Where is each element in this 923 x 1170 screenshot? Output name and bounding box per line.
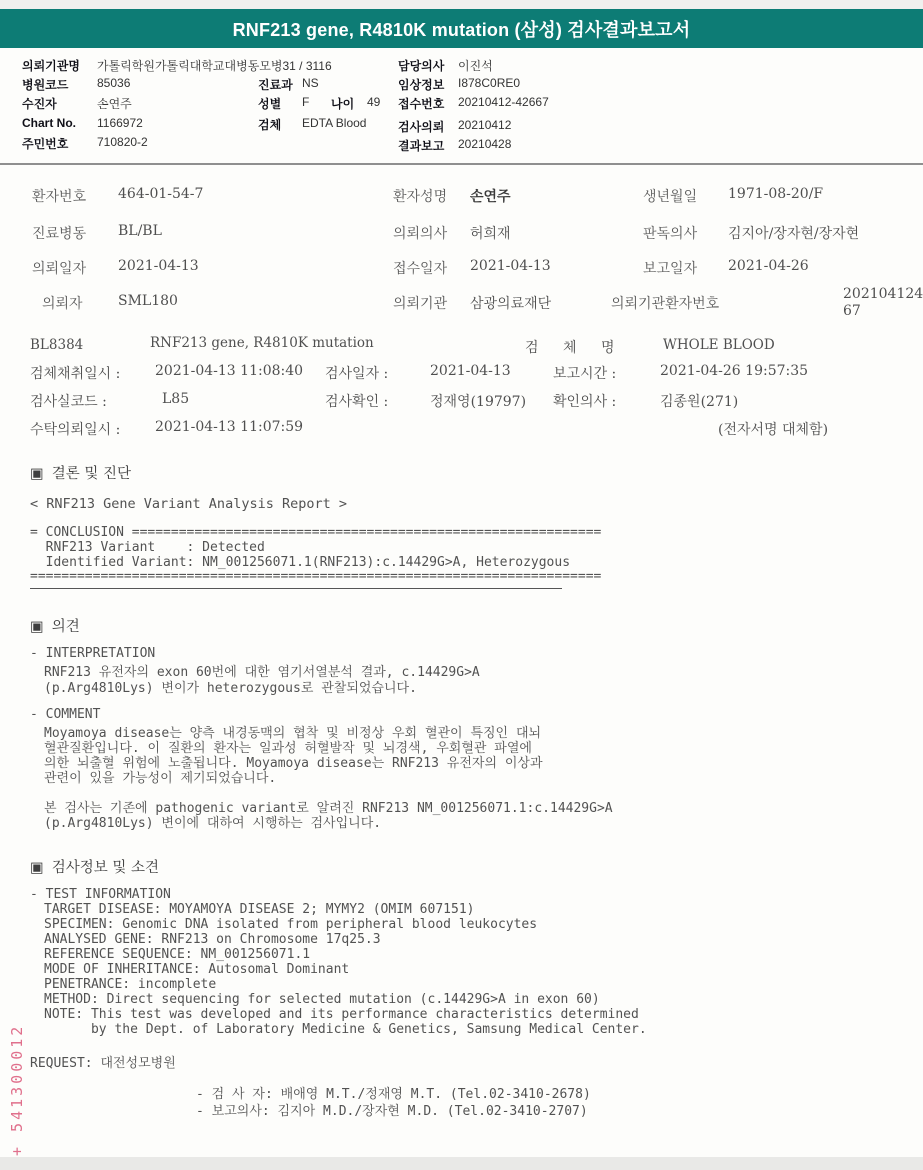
reading-doctor-value: 김지아/장자현/장자현 xyxy=(728,223,859,243)
test-code: BL8384 xyxy=(30,337,83,353)
lab-code-value: L85 xyxy=(162,391,189,407)
specimen-type-value: EDTA Blood xyxy=(302,116,366,130)
test-info-title-text: 검사정보 및 소견 xyxy=(52,860,159,876)
test-info-line: PENETRANCE: incomplete xyxy=(44,977,216,992)
esign-note: (전자서명 대체함) xyxy=(718,419,828,439)
conclusion-bottom-rule: ========================================… xyxy=(30,570,562,584)
hospital-code-value: 85036 xyxy=(97,76,130,90)
interpretation-title: - INTERPRETATION xyxy=(30,646,155,661)
org-patient-no-label: 의뢰기관환자번호 xyxy=(611,293,719,313)
hospital-code-label: 병원코드 xyxy=(22,76,68,93)
referring-doctor-label: 의뢰의사 xyxy=(393,223,447,243)
resident-no-value: 710820-2 xyxy=(97,135,148,149)
ward-label: 진료병동 xyxy=(32,223,86,243)
clinical-label: 임상정보 xyxy=(398,76,444,93)
report-time-label: 보고시간 : xyxy=(553,363,616,383)
resident-no-label: 주민번호 xyxy=(22,135,68,152)
request-info-section: 의뢰기관명 가톨릭학원가톨릭대학교대병동모병31 / 3116 담당의사 이진석… xyxy=(0,48,923,160)
request-org-label: 의뢰기관 xyxy=(393,293,447,313)
comment-line: (p.Arg4810Lys) 변이에 대하여 시행하는 검사입니다. xyxy=(44,812,381,831)
page-title: RNF213 gene, R4810K mutation (삼성) 검사결과보고… xyxy=(233,16,691,42)
receipt-no-value: 20210412-42667 xyxy=(458,95,549,109)
org-value: 가톨릭학원가톨릭대학교대병동모병31 / 3116 xyxy=(97,57,332,74)
test-date-value: 2021-04-13 xyxy=(430,363,511,379)
doctor-label: 담당의사 xyxy=(398,57,444,74)
receipt-date-label: 접수일자 xyxy=(393,258,447,278)
age-label: 나이 xyxy=(331,95,354,112)
clinical-value: I878C0RE0 xyxy=(458,76,520,90)
specimen-name-value: WHOLE BLOOD xyxy=(663,337,775,353)
org-patient-no-value: 2021041242667 xyxy=(843,286,923,320)
receipt-date-value: 2021-04-13 xyxy=(470,258,551,274)
header-separator xyxy=(0,163,923,165)
sex-value: F xyxy=(302,95,309,109)
conclusion-block: = CONCLUSION ===========================… xyxy=(30,526,562,589)
test-info-line: NOTE: This test was developed and its pe… xyxy=(44,1007,639,1022)
test-info-section-title: ▣검사정보 및 소견 xyxy=(30,856,159,877)
conclusion-title-text: 결론 및 진단 xyxy=(52,466,131,482)
verified-label: 검사확인 : xyxy=(325,391,388,411)
opinion-title-text: 의견 xyxy=(52,619,80,635)
referring-doctor-value: 허희재 xyxy=(470,223,511,243)
chart-no-label: Chart No. xyxy=(22,116,76,130)
requester-label: 의뢰자 xyxy=(42,293,83,313)
examinee-value: 손연주 xyxy=(97,95,132,112)
test-name: RNF213 gene, R4810K mutation xyxy=(150,335,374,351)
comment-title: - COMMENT xyxy=(30,707,100,722)
confirm-doctor-value: 김종원(271) xyxy=(660,391,738,411)
specimen-name-label: 검 체 명 xyxy=(525,337,624,357)
conclusion-variant-line: RNF213 Variant : Detected xyxy=(30,540,562,555)
report-date-label: 결과보고 xyxy=(398,137,444,154)
report-day-label: 보고일자 xyxy=(643,258,697,278)
report-day-value: 2021-04-26 xyxy=(728,258,809,274)
referral-time-value: 2021-04-13 11:07:59 xyxy=(155,419,303,435)
test-info-line: MODE OF INHERITANCE: Autosomal Dominant xyxy=(44,962,349,977)
age-value: 49 xyxy=(367,95,380,109)
doctor-value: 이진석 xyxy=(458,57,493,74)
patient-no-value: 464-01-54-7 xyxy=(118,186,203,202)
test-date-label: 검사일자 : xyxy=(325,363,388,383)
test-info-line: by the Dept. of Laboratory Medicine & Ge… xyxy=(44,1022,647,1037)
request-line: REQUEST: 대전성모병원 xyxy=(30,1052,176,1071)
section-marker-icon: ▣ xyxy=(30,860,44,876)
ward-value: BL/BL xyxy=(118,223,162,239)
requester-value: SML180 xyxy=(118,293,178,309)
conclusion-top-rule: = CONCLUSION ===========================… xyxy=(30,526,562,540)
bottom-bar xyxy=(0,1157,923,1170)
conclusion-section-title: ▣결론 및 진단 xyxy=(30,462,131,483)
top-strip xyxy=(0,0,923,9)
reporter-line: - 보고의사: 김지아 M.D./장자현 M.D. (Tel.02-3410-2… xyxy=(196,1100,588,1119)
confirm-doctor-label: 확인의사 : xyxy=(553,391,616,411)
sex-label: 성별 xyxy=(258,95,281,112)
verified-value: 정재영(19797) xyxy=(430,391,526,411)
request-date-label: 의뢰일자 xyxy=(32,258,86,278)
comment-line: 관련이 있을 가능성이 제기되었습니다. xyxy=(44,767,276,786)
birth-date-value: 1971-08-20/F xyxy=(728,186,823,202)
dept-value: NS xyxy=(302,76,319,90)
collected-label: 검체채취일시 : xyxy=(30,363,120,383)
patient-name-label: 환자성명 xyxy=(393,186,447,206)
section-marker-icon: ▣ xyxy=(30,466,44,482)
report-title-line: < RNF213 Gene Variant Analysis Report > xyxy=(30,496,347,512)
examinee-label: 수진자 xyxy=(22,95,57,112)
collected-value: 2021-04-13 11:08:40 xyxy=(155,363,303,379)
test-info-line: REFERENCE SEQUENCE: NM_001256071.1 xyxy=(44,947,310,962)
test-info-heading: - TEST INFORMATION xyxy=(30,887,171,902)
section-marker-icon: ▣ xyxy=(30,619,44,635)
org-label: 의뢰기관명 xyxy=(22,57,80,74)
order-date-value: 20210412 xyxy=(458,118,511,132)
specimen-type-label: 검체 xyxy=(258,116,281,133)
order-date-label: 검사의뢰 xyxy=(398,118,444,135)
reading-doctor-label: 판독의사 xyxy=(643,223,697,243)
test-info-line: METHOD: Direct sequencing for selected m… xyxy=(44,992,600,1007)
receipt-no-label: 접수번호 xyxy=(398,95,444,112)
chart-no-value: 1166972 xyxy=(97,116,143,130)
request-org-value: 삼광의료재단 xyxy=(470,293,551,313)
test-info-line: TARGET DISEASE: MOYAMOYA DISEASE 2; MYMY… xyxy=(44,902,474,917)
test-info-line: SPECIMEN: Genomic DNA isolated from peri… xyxy=(44,917,537,932)
opinion-section-title: ▣의견 xyxy=(30,615,80,636)
report-banner: RNF213 gene, R4810K mutation (삼성) 검사결과보고… xyxy=(0,9,923,48)
report-time-value: 2021-04-26 19:57:35 xyxy=(660,363,808,379)
referral-time-label: 수탁의뢰일시 : xyxy=(30,419,120,439)
patient-no-label: 환자번호 xyxy=(32,186,86,206)
conclusion-identified-line: Identified Variant: NM_001256071.1(RNF21… xyxy=(30,555,562,570)
request-date-value: 2021-04-13 xyxy=(118,258,199,274)
vertical-accession-code: + 541300012 xyxy=(8,1024,26,1156)
interpretation-line: (p.Arg4810Lys) 변이가 heterozygous로 관찰되었습니다… xyxy=(44,677,417,696)
dept-label: 진료과 xyxy=(258,76,293,93)
birth-date-label: 생년월일 xyxy=(643,186,697,206)
report-date-value: 20210428 xyxy=(458,137,511,151)
patient-name-value: 손연주 xyxy=(470,186,511,206)
lab-code-label: 검사실코드 : xyxy=(30,391,107,411)
report-page: RNF213 gene, R4810K mutation (삼성) 검사결과보고… xyxy=(0,0,923,1170)
test-info-line: ANALYSED GENE: RNF213 on Chromosome 17q2… xyxy=(44,932,381,947)
